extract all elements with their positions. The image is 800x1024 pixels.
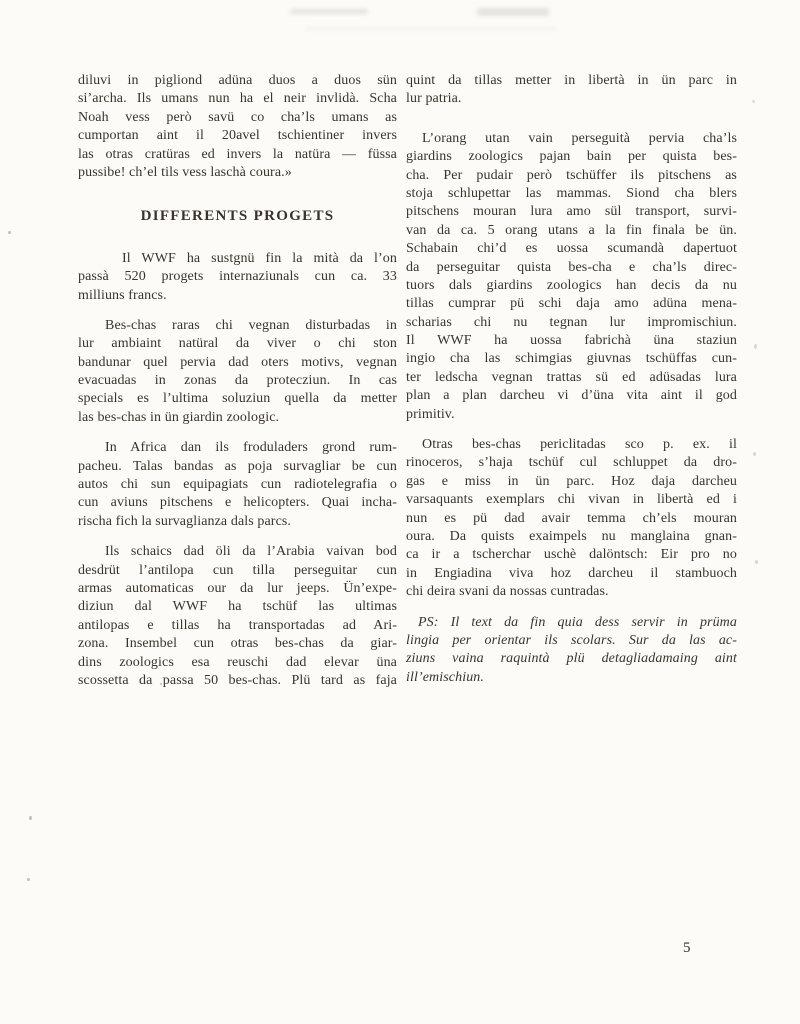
text-line: pacheu. Talas bandas as poja survagliar … bbox=[78, 458, 397, 476]
text-line: Il WWF ha sustgnü fin la mità da l’on bbox=[78, 250, 397, 268]
text-line: da perseguitar quista bes-cha e cha’ls d… bbox=[406, 259, 737, 277]
scan-speck bbox=[29, 816, 32, 820]
column-left: diluvi in pigliond adüna duos a duos sün… bbox=[78, 72, 397, 690]
scan-speck bbox=[753, 452, 756, 456]
paragraph: quint da tillas metter in libertà in ün … bbox=[406, 72, 737, 109]
scan-smudge bbox=[306, 27, 556, 30]
text-line: nun es pü dad avair temma ch’els mouran bbox=[406, 510, 737, 528]
text-line: L’orang utan vain perseguità pervia cha’… bbox=[406, 130, 737, 148]
text-line: rischa fich la survaglianza dals parcs. bbox=[78, 513, 397, 531]
text-line: pitschens mouran lura amo sül transport,… bbox=[406, 203, 737, 221]
column-right: quint da tillas metter in libertà in ün … bbox=[406, 72, 737, 687]
text-line: Noah vess però savü co cha’ls umans as bbox=[78, 109, 397, 127]
text-line: ziuns vaina raquintà plü detagliadamaing… bbox=[406, 650, 737, 668]
text-line: chi deira svani da nossas cuntradas. bbox=[406, 583, 737, 601]
scan-speck bbox=[27, 878, 30, 881]
text-line: giardins zoologics pajan bain per quista… bbox=[406, 148, 737, 166]
text-line: armas automaticas our da lur jeeps. Ün’e… bbox=[78, 580, 397, 598]
text-line: in Engiadina viva hoz darcheu il stambuo… bbox=[406, 565, 737, 583]
text-line: bandunar quel pervia dad oters motivs, v… bbox=[78, 354, 397, 372]
text-line: diziun dal WWF ha tschüf las ultimas bbox=[78, 598, 397, 616]
text-line: varsaquants exemplars chi vivan in liber… bbox=[406, 491, 737, 509]
scan-speck bbox=[754, 344, 757, 349]
paragraph: diluvi in pigliond adüna duos a duos sün… bbox=[78, 72, 397, 182]
text-line: lur patria. bbox=[406, 90, 737, 108]
paragraph: Ils schaics dad öli da l’Arabia vaivan b… bbox=[78, 543, 397, 690]
text-line: Il WWF ha uossa fabrichà üna staziun bbox=[406, 332, 737, 350]
text-line: Otras bes-chas periclitadas sco p. ex. i… bbox=[406, 436, 737, 454]
text-line: plan a plan darcheu vi d’üna vita aint i… bbox=[406, 387, 737, 405]
text-line: lingia per orientar ils scolars. Sur da … bbox=[406, 632, 737, 650]
scan-smudge bbox=[477, 8, 549, 16]
paragraph: Il WWF ha sustgnü fin la mità da l’onpas… bbox=[78, 250, 397, 305]
text-line: dins zoologics esa reuschi dad elevar ün… bbox=[78, 654, 397, 672]
paragraph: L’orang utan vain perseguità pervia cha’… bbox=[406, 130, 737, 424]
text-line: passà 520 progets internaziunals cun ca.… bbox=[78, 268, 397, 286]
text-line: scossetta da passa 50 bes-chas. Plü tard… bbox=[78, 672, 397, 690]
text-line: autos chi sun equipagiats cun radioteleg… bbox=[78, 476, 397, 494]
text-line: ill’emischiun. bbox=[406, 669, 737, 687]
text-line: ingio cha las schimgias giuvnas tschüffa… bbox=[406, 350, 737, 368]
paragraph: PS: Il text da fin quia dess servir in p… bbox=[406, 614, 737, 688]
text-line: cun aviuns pitschens e helicopters. Quai… bbox=[78, 494, 397, 512]
text-line: ter ledscha vegnan trattas sü ed adüsada… bbox=[406, 369, 737, 387]
text-line: In Africa dan ils froduladers grond rum- bbox=[78, 439, 397, 457]
text-line: si’archa. Ils umans nun ha el neir invli… bbox=[78, 90, 397, 108]
text-line: specials es l’ultima soluziun quella da … bbox=[78, 390, 397, 408]
text-line: van da ca. 5 orang utans a la fin finala… bbox=[406, 222, 737, 240]
scanned-page: diluvi in pigliond adüna duos a duos sün… bbox=[0, 0, 800, 1024]
scan-speck bbox=[755, 560, 758, 564]
text-line: scharias chi nu tegnan lur impromischiun… bbox=[406, 314, 737, 332]
text-line: gas e miss in ün parc. Hoz daja darcheu bbox=[406, 473, 737, 491]
text-line: oura. Da quists exaimpels nu manglaina g… bbox=[406, 528, 737, 546]
text-line: stoja schlupettar las mammas. Siond cha … bbox=[406, 185, 737, 203]
text-line: tuors dals giardins zoologics han decis … bbox=[406, 277, 737, 295]
text-line: ca ir a tscherchar uschè dalöntsch: Eir … bbox=[406, 546, 737, 564]
text-line: zona. Insembel cun otras bes-chas da gia… bbox=[78, 635, 397, 653]
scan-smudge bbox=[290, 9, 368, 14]
text-line: Ils schaics dad öli da l’Arabia vaivan b… bbox=[78, 543, 397, 561]
text-line: Bes-chas raras chi vegnan disturbadas in bbox=[78, 317, 397, 335]
text-line: desdrüt l’antilopa cun tilla perseguitar… bbox=[78, 562, 397, 580]
page-number: 5 bbox=[683, 940, 691, 957]
text-line: antilopas e tillas ha transportadas ad A… bbox=[78, 617, 397, 635]
text-line: PS: Il text da fin quia dess servir in p… bbox=[406, 614, 737, 632]
section-heading: DIFFERENTS PROGETS bbox=[78, 207, 397, 225]
text-line: evacuadas in zonas da protecziun. In cas bbox=[78, 372, 397, 390]
paragraph: In Africa dan ils froduladers grond rum-… bbox=[78, 439, 397, 531]
text-line: cha. Per pudair però tschüffer ils pitsc… bbox=[406, 167, 737, 185]
text-line: diluvi in pigliond adüna duos a duos sün bbox=[78, 72, 397, 90]
text-line: milliuns francs. bbox=[78, 287, 397, 305]
paragraph: Otras bes-chas periclitadas sco p. ex. i… bbox=[406, 436, 737, 602]
text-line: quint da tillas metter in libertà in ün … bbox=[406, 72, 737, 90]
text-line: Schabain chi’d es uossa scumandà dapertu… bbox=[406, 240, 737, 258]
text-line: tillas cumprar pü schi daja amo adüna me… bbox=[406, 295, 737, 313]
text-line: lur ambiaint natüral da viver o chi ston bbox=[78, 335, 397, 353]
text-line: las otras cratüras ed invers la natüra —… bbox=[78, 146, 397, 164]
text-line: cumportan aint il 20avel tschientiner in… bbox=[78, 127, 397, 145]
text-line: rinoceros, s’haja tschüf cul schluppet d… bbox=[406, 454, 737, 472]
paragraph: Bes-chas raras chi vegnan disturbadas in… bbox=[78, 317, 397, 427]
text-line: primitiv. bbox=[406, 406, 737, 424]
scan-speck bbox=[8, 231, 11, 234]
text-line: pussibe! ch’el tils vess laschà coura.» bbox=[78, 164, 397, 182]
text-line: las bes-chas in ün giardin zoologic. bbox=[78, 409, 397, 427]
scan-speck bbox=[752, 100, 755, 103]
